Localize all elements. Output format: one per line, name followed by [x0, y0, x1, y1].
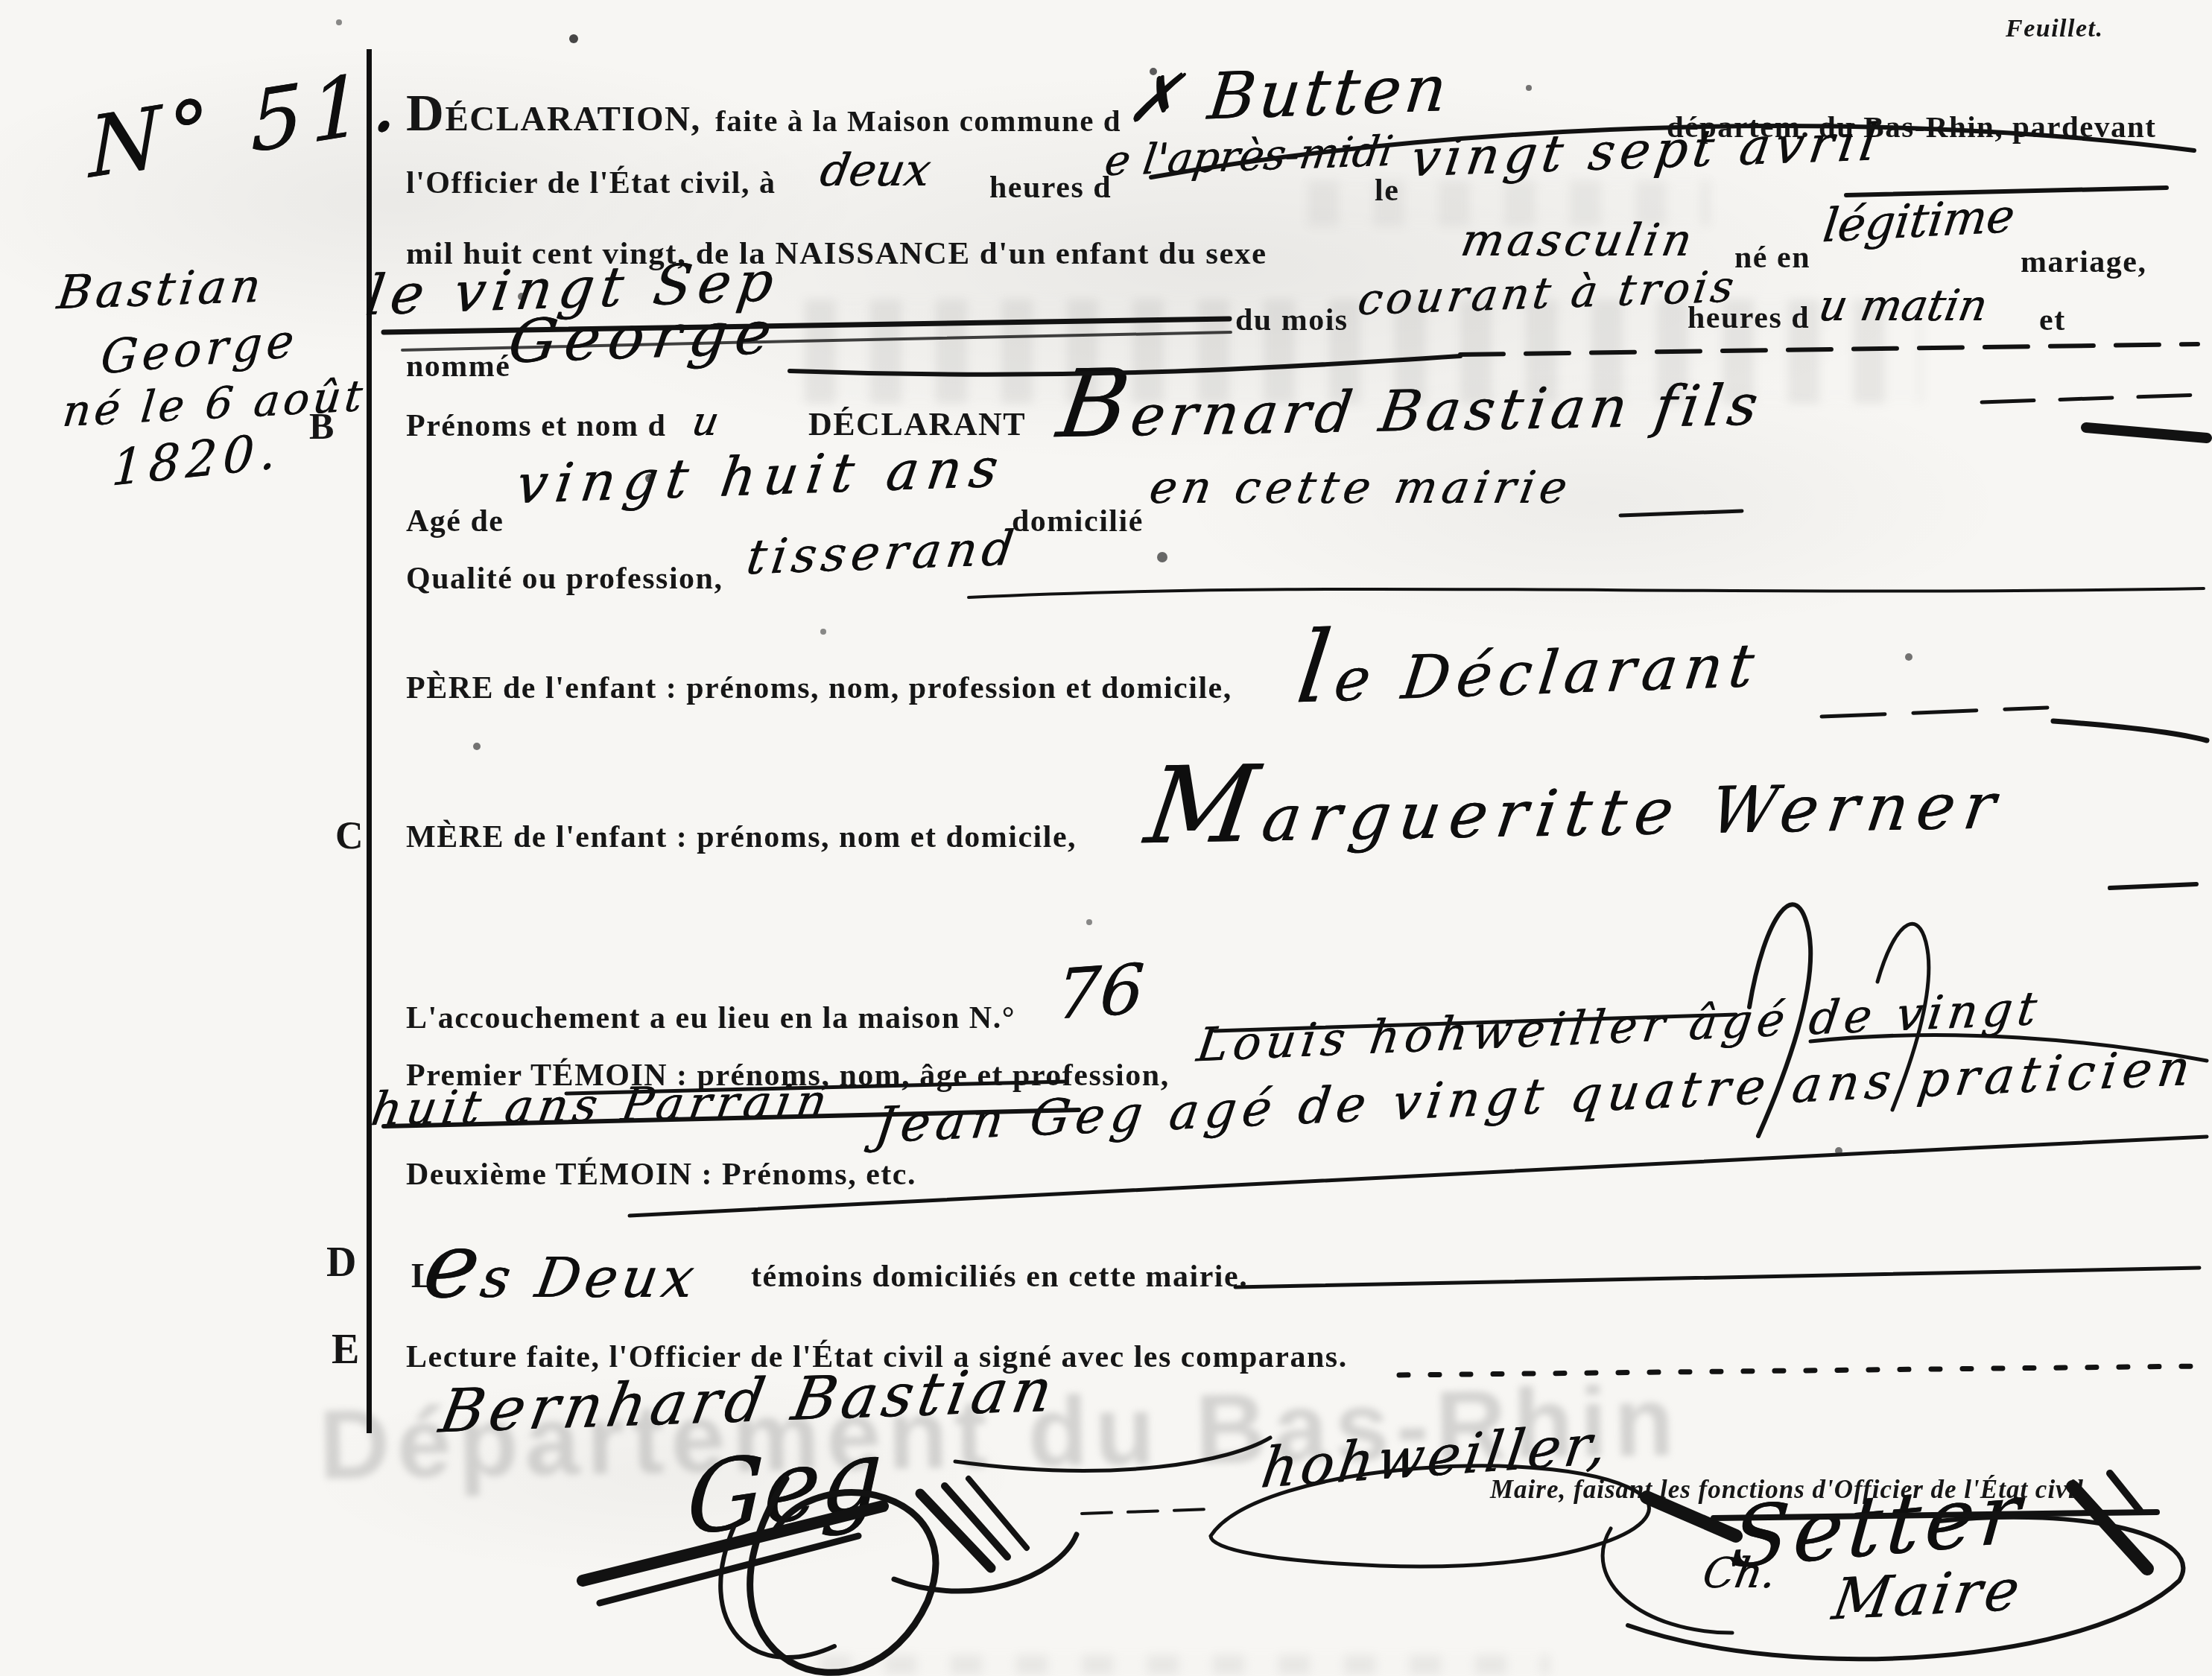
handwritten-mother-name: Margueritte Werner — [1139, 730, 2015, 869]
handwritten-legitime: légitime — [1820, 188, 2018, 253]
printed-mere-line: MÈRE de l'enfant : prénoms, nom et domic… — [406, 819, 1077, 855]
printed-heures-d-2: heures d — [1687, 300, 1810, 336]
handwritten-witness1-continuation: huit ans Parrain — [367, 1073, 835, 1136]
printed-declaration-word: DÉCLARATION, — [406, 83, 701, 144]
printed-et: et — [2039, 302, 2066, 338]
printed-commune-intro: faite à la Maison commune d — [715, 103, 1121, 139]
handwritten-du-matin: u matin — [1815, 280, 1991, 331]
margin-child-surname: Bastian — [54, 258, 268, 320]
handwritten-apres-midi: e l'après-midi — [1102, 127, 1396, 186]
printed-pere-line: PÈRE de l'enfant : prénoms, nom, profess… — [406, 670, 1232, 706]
handwritten-father-entry: le Déclarant — [1291, 594, 1769, 726]
signature-mayor-title: Maire — [1828, 1556, 2028, 1633]
printed-le: le — [1375, 173, 1399, 209]
margin-section-letter-e: E — [332, 1326, 361, 1374]
handwritten-declarant-name: Bernard Bastian fils — [1051, 337, 1771, 459]
margin-child-given-name: George — [99, 313, 300, 385]
feuillet-label: Feuillet. — [2006, 15, 2104, 43]
handwritten-sex: masculin — [1457, 215, 1699, 267]
handwritten-es-deux: es Deux — [417, 1213, 709, 1318]
printed-deuxieme-temoin-line: Deuxième TÉMOIN : Prénoms, etc. — [406, 1157, 916, 1193]
handwritten-domicile: en cette mairie — [1146, 462, 1576, 514]
handwritten-declaration-date: vingt sept avril — [1407, 113, 1886, 188]
handwritten-commune-name: ✗ Butten — [1123, 51, 1454, 138]
form-vertical-rule — [367, 49, 372, 1433]
handwritten-profession: tisserand — [744, 521, 1022, 585]
handwritten-u: u — [688, 398, 723, 445]
margin-section-letter-c: C — [335, 814, 364, 858]
margin-birth-date-line2: 1820. — [110, 422, 283, 498]
margin-act-number: N° 51. — [88, 50, 405, 197]
printed-qualite-profession: Qualité ou profession, — [406, 561, 723, 597]
printed-du-mois: du mois — [1235, 302, 1349, 338]
printed-nomme: nommé — [406, 349, 510, 384]
handwritten-hour: deux — [817, 145, 935, 197]
printed-officier-intro: l'Officier de l'État civil, à — [406, 165, 776, 201]
printed-age-de: Agé de — [406, 504, 504, 539]
printed-domicilie: domicilié — [1012, 504, 1144, 539]
printed-temoins-domicilies: témoins domiciliés en cette mairie. — [751, 1259, 1248, 1295]
printed-accouchement-line: L'accouchement a eu lieu en la maison N.… — [406, 1000, 1015, 1036]
printed-heures-d: heures d — [989, 170, 1112, 206]
ghost-bleed-band — [820, 1655, 1550, 1675]
handwritten-child-name: George — [504, 297, 784, 376]
printed-mariage: mariage, — [2021, 244, 2146, 280]
handwritten-house-number: 76 — [1053, 949, 1146, 1035]
margin-section-letter-b: B — [309, 404, 335, 448]
handwritten-declarant-age: vingt huit ans — [513, 436, 1010, 515]
scanned-birth-declaration-page: Département du Bas-Rhin Feuillet. N° 51.… — [0, 0, 2212, 1676]
printed-prenoms-et-nom: Prénoms et nom d — [406, 408, 666, 444]
margin-section-letter-d: D — [326, 1239, 358, 1286]
printed-ne-en: né en — [1734, 240, 1810, 276]
